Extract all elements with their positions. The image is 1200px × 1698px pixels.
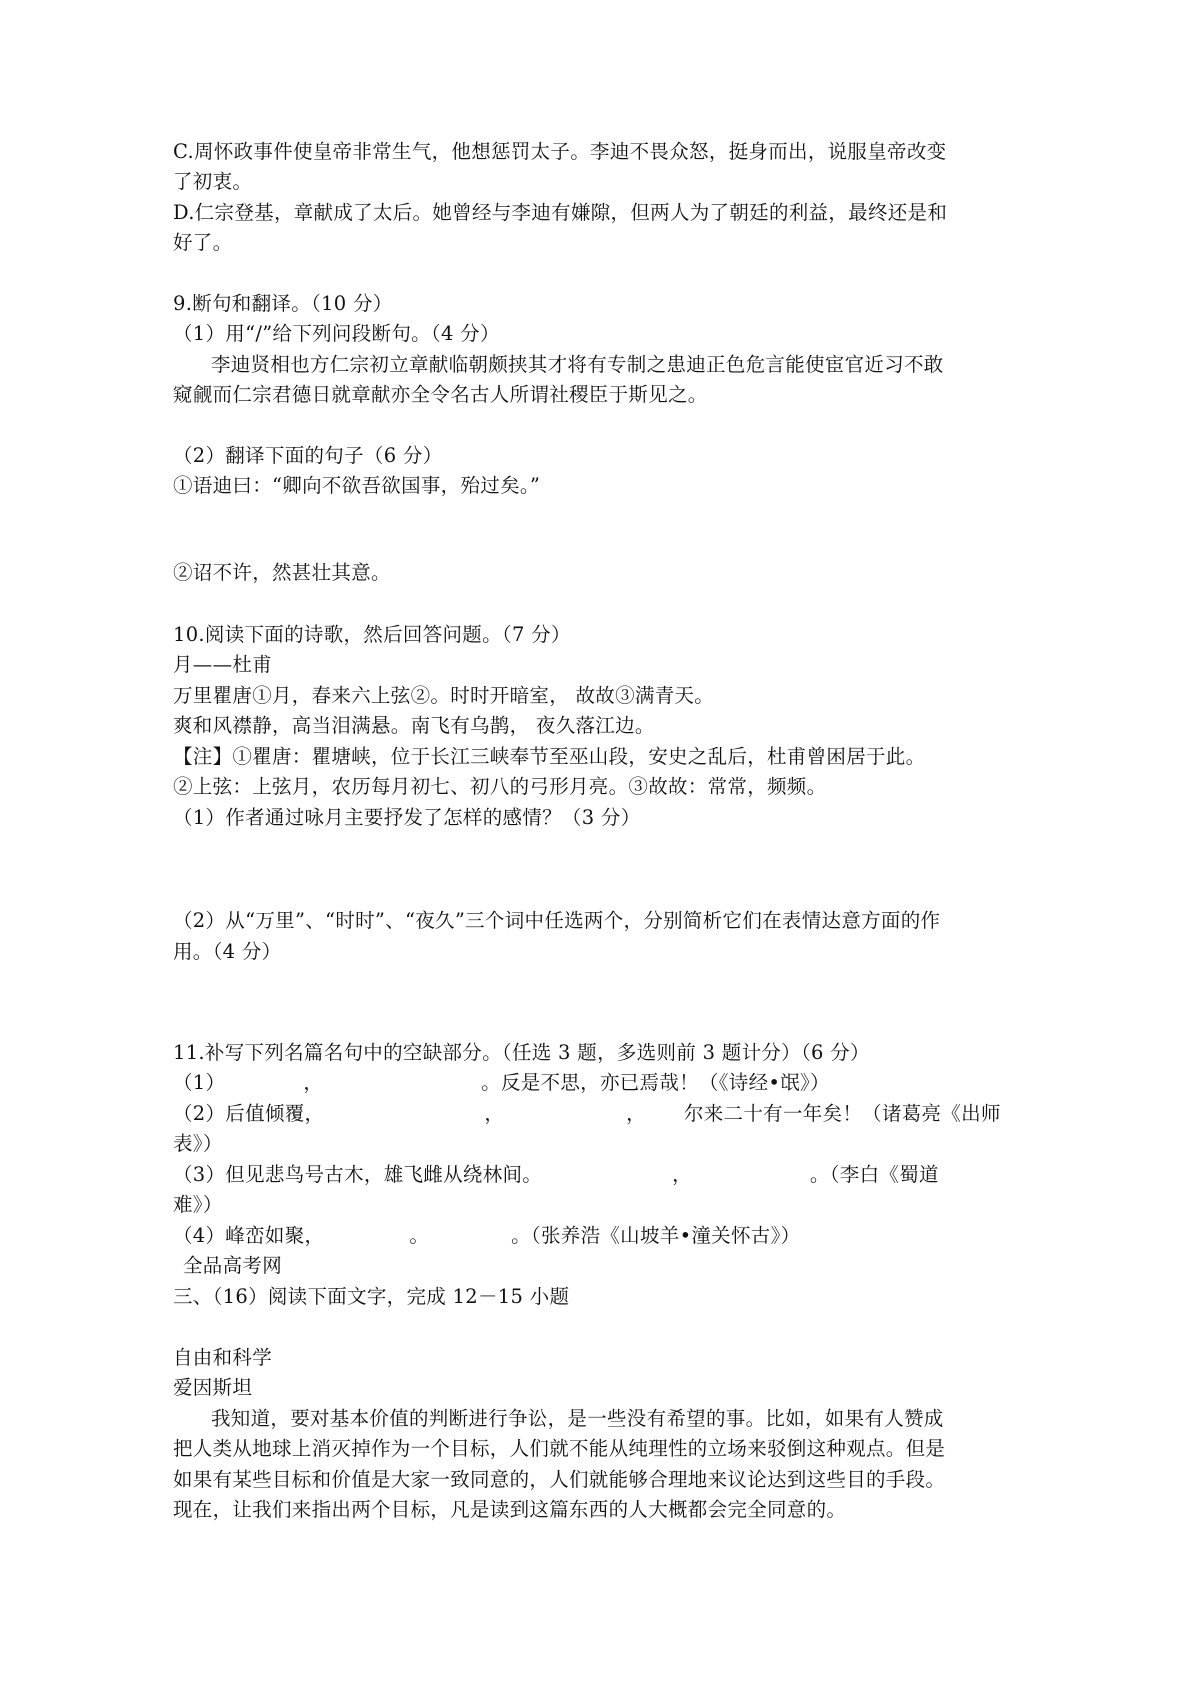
item1-label: （1） [173, 1071, 225, 1094]
fill-blank-item3: （3）但见悲鸟号古木，雄飞雌从绕林间。，。（李白《蜀道 [173, 1160, 939, 1190]
poem-line2: 爽和风襟静，高当泪满悬。南飞有乌鹊， 夜久落江边。 [173, 711, 655, 741]
item1-comma: ， [303, 1071, 323, 1094]
article-author: 爱因斯坦 [173, 1373, 252, 1403]
question-9-title: 9.断句和翻译。（10 分） [173, 289, 393, 319]
poem-title: 月——杜甫 [173, 650, 272, 680]
item3-label: （3）但见悲鸟号古木，雄飞雌从绕林间。 [173, 1163, 542, 1186]
option-d-line2: 好了。 [173, 228, 232, 258]
fill-blank-item3-line2: 难》） [173, 1190, 223, 1220]
question-10-sub2-line1: （2）从“万里”、“时时”、“夜久”三个词中任选两个，分别简析它们在表情达意方面… [173, 906, 940, 936]
question-9-part1-title: （1）用“/”给下列问段断句。（4 分） [173, 319, 500, 349]
fill-blank-item4: （4）峰峦如聚，。。（张养浩《山坡羊•潼关怀古》） [173, 1221, 800, 1251]
article-paragraph-line2: 把人类从地球上消灭掉作为一个目标，人们就不能从纯理性的立场来驳倒这种观点。但是 [173, 1434, 945, 1464]
item3-comma: ， [672, 1163, 692, 1186]
item2-comma1: ， [484, 1102, 504, 1125]
passage-line2: 窥觎而仁宗君德日就章献亦全令名古人所谓社稷臣于斯见之。 [173, 380, 708, 410]
translate-sentence2: ②诏不许，然甚壮其意。 [173, 558, 391, 588]
article-paragraph-line1: 我知道，要对基本价值的判断进行争讼，是一些没有希望的事。比如，如果有人赞成 [173, 1404, 944, 1434]
item1-period: 。 [481, 1071, 501, 1094]
question-10-title: 10.阅读下面的诗歌，然后回答问题。（7 分） [173, 620, 571, 650]
item3-rest: 。（李白《蜀道 [810, 1163, 939, 1186]
fill-blank-item2-line2: 表》） [173, 1129, 223, 1159]
option-d-line1: D.仁宗登基，章献成了太后。她曾经与李迪有嫌隙，但两人为了朝廷的利益，最终还是和 [173, 198, 947, 228]
article-title: 自由和科学 [173, 1343, 272, 1373]
article-paragraph-line3: 如果有某些目标和价值是大家一致同意的，人们就能够合理地来议论达到这些目的手段。 [173, 1465, 945, 1495]
watermark-text: 全品高考网 [183, 1251, 282, 1281]
question-10-sub2-line2: 用。（4 分） [173, 937, 281, 967]
question-11-title: 11.补写下列名篇名句中的空缺部分。（任选 3 题，多选则前 3 题计分）（6 … [173, 1038, 870, 1068]
option-c-line1: C.周怀政事件使皇帝非常生气，他想惩罚太子。李迪不畏众怒，挺身而出，说服皇帝改变 [173, 137, 946, 167]
poem-note-line2: ②上弦：上弦月，农历每月初七、初八的弓形月亮。③故故：常常，频频。 [173, 772, 826, 802]
fill-blank-item2: （2）后值倾覆，，，尔来二十有一年矣！（诸葛亮《出师 [173, 1099, 1001, 1129]
item4-period: 。 [409, 1224, 429, 1247]
passage-line1: 李迪贤相也方仁宗初立章献临朝颇挟其才将有专制之患迪正色危言能使宦官近习不敢 [173, 350, 944, 380]
item2-comma2: ， [626, 1102, 646, 1125]
poem-line1: 万里瞿唐①月，春来六上弦②。时时开暗室， 故故③满青天。 [173, 681, 714, 711]
item4-rest: 。（张养浩《山坡羊•潼关怀古》） [511, 1224, 800, 1247]
item2-label: （2）后值倾覆， [173, 1102, 324, 1125]
section-3-title: 三、（16）阅读下面文字，完成 12－15 小题 [173, 1282, 569, 1312]
question-9-part2-title: （2）翻译下面的句子（6 分） [173, 441, 443, 471]
fill-blank-item1: （1），。反是不思，亦已焉哉！（《诗经•氓》） [173, 1068, 830, 1098]
item4-label: （4）峰峦如聚， [173, 1224, 324, 1247]
poem-note-line1: 【注】①瞿唐：瞿塘峡，位于长江三峡奉节至巫山段，安史之乱后，杜甫曾困居于此。 [173, 742, 925, 772]
question-10-sub1: （1）作者通过咏月主要抒发了怎样的感情？（3 分） [173, 803, 641, 833]
item1-rest: 反是不思，亦已焉哉！（《诗经•氓》） [501, 1071, 830, 1094]
option-c-line2: 了初衷。 [173, 167, 252, 197]
article-paragraph-line4: 现在，让我们来指出两个目标，凡是读到这篇东西的人大概都会完全同意的。 [173, 1495, 846, 1525]
translate-sentence1: ①语迪曰：“卿向不欲吾欲国事，殆过矣。” [173, 471, 540, 501]
item2-rest: 尔来二十有一年矣！（诸葛亮《出师 [684, 1102, 1001, 1125]
